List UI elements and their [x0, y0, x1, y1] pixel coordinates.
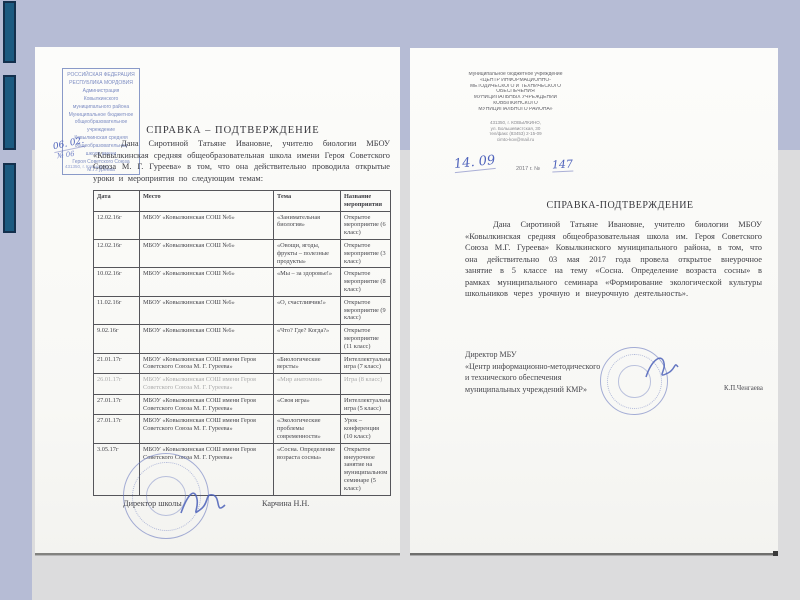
- table-cell: Открытое мероприятие (6 класс): [341, 211, 391, 239]
- signature-label: Директор школы: [123, 499, 182, 508]
- printed-date-label: 2017 г. №: [516, 166, 540, 172]
- table-cell: 12.02.16г: [94, 211, 140, 239]
- text-line: Муниципальное бюджетное: [63, 112, 139, 120]
- table-cell: Игра (8 класс): [341, 374, 391, 395]
- column-header: Дата: [94, 191, 140, 212]
- handwritten-date: 14. 09: [453, 153, 496, 173]
- table-cell: «Мир анатомии»: [274, 374, 341, 395]
- signature: [175, 485, 245, 521]
- text-line: МУНИЦИПАЛЬНОГО РАЙОНА»: [438, 107, 593, 113]
- table-row: 12.02.16гМБОУ «Ковылкинская СОШ №6»«Овощ…: [94, 239, 391, 267]
- column-header: Название мероприятия: [341, 191, 391, 212]
- accent-bar: [3, 1, 16, 63]
- document-title: СПРАВКА – ПОДТВЕРЖДЕНИЕ: [93, 125, 373, 136]
- table-cell: 12.02.16г: [94, 239, 140, 267]
- document-title: СПРАВКА-ПОДТВЕРЖДЕНИЕ: [470, 200, 770, 211]
- table-cell: МБОУ «Ковылкинская СОШ №6»: [140, 211, 274, 239]
- table-cell: 9.02.16г: [94, 325, 140, 353]
- table-cell: Открытое внеурочное занятие на муниципал…: [341, 443, 391, 495]
- table-cell: 27.01.17г: [94, 394, 140, 415]
- table-cell: Открытое мероприятие (8 класс): [341, 268, 391, 296]
- table-row: 26.01.17гМБОУ «Ковылкинская СОШ имени Ге…: [94, 374, 391, 395]
- signature: [638, 351, 684, 385]
- column-header: Тема: [274, 191, 341, 212]
- slide-background: РОССИЙСКАЯ ФЕДЕРАЦИЯРЕСПУБЛИКА МОРДОВИЯА…: [0, 0, 800, 600]
- accent-bar: [3, 75, 16, 150]
- table-cell: «О, счастливчик!»: [274, 296, 341, 324]
- table-cell: МБОУ «Ковылкинская СОШ №6»: [140, 268, 274, 296]
- table-cell: «Мы – за здоровье!»: [274, 268, 341, 296]
- table-cell: «Своя игра»: [274, 394, 341, 415]
- column-header: Место: [140, 191, 274, 212]
- table-cell: «Что? Где? Когда?»: [274, 325, 341, 353]
- text-line: РЕСПУБЛИКА МОРДОВИЯ: [63, 80, 139, 88]
- left-document: РОССИЙСКАЯ ФЕДЕРАЦИЯРЕСПУБЛИКА МОРДОВИЯА…: [35, 47, 400, 555]
- table-cell: МБОУ «Ковылкинская СОШ имени Героя Совет…: [140, 394, 274, 415]
- table-cell: «Биологические версты»: [274, 353, 341, 374]
- text-line: Ковылкинского: [63, 96, 139, 104]
- text-line: cimto-kov@mail.ru: [438, 137, 593, 143]
- table-cell: «Сосна. Определение возраста сосны»: [274, 443, 341, 495]
- table-row: 11.02.16гМБОУ «Ковылкинская СОШ №6»«О, с…: [94, 296, 391, 324]
- right-document: Муниципальное бюджетное учреждение«ЦЕНТР…: [410, 48, 778, 555]
- table-cell: Урок – конференция (10 класс): [341, 415, 391, 443]
- table-cell: МБОУ «Ковылкинская СОШ №6»: [140, 325, 274, 353]
- table-cell: МБОУ «Ковылкинская СОШ имени Героя Совет…: [140, 415, 274, 443]
- table-cell: 26.01.17г: [94, 374, 140, 395]
- registration-date-line: 14. 09 2017 г. № 147: [440, 153, 640, 179]
- table-row: 9.02.16гМБОУ «Ковылкинская СОШ №6»«Что? …: [94, 325, 391, 353]
- table-cell: МБОУ «Ковылкинская СОШ №6»: [140, 296, 274, 324]
- handwritten-number: 147: [552, 157, 574, 172]
- table-cell: «Экологические проблемы современности»: [274, 415, 341, 443]
- table-cell: МБОУ «Ковылкинская СОШ имени Героя Совет…: [140, 353, 274, 374]
- events-table: ДатаМестоТемаНазвание мероприятия12.02.1…: [93, 190, 391, 496]
- table-cell: «Овощи, ягоды, фрукты – полезные продукт…: [274, 239, 341, 267]
- table-cell: 21.01.17г: [94, 353, 140, 374]
- document-body: Дана Сиротиной Татьяне Ивановне, учителю…: [93, 138, 390, 184]
- table-cell: МБОУ «Ковылкинская СОШ №6»: [140, 239, 274, 267]
- table-row: 27.01.17гМБОУ «Ковылкинская СОШ имени Ге…: [94, 415, 391, 443]
- table-row: 21.01.17гМБОУ «Ковылкинская СОШ имени Ге…: [94, 353, 391, 374]
- signer-name: К.П.Ченгаева: [724, 385, 763, 392]
- table-cell: Открытое мероприятие (3 класс): [341, 239, 391, 267]
- table-cell: Интеллектуальная игра (5 класс): [341, 394, 391, 415]
- table-row: 27.01.17гМБОУ «Ковылкинская СОШ имени Ге…: [94, 394, 391, 415]
- signer-name: Карчина Н.Н.: [262, 499, 309, 508]
- document-body: Дана Сиротиной Татьяне Ивановне, учителю…: [465, 219, 762, 300]
- text-line: Администрация: [63, 88, 139, 96]
- table-row: 12.02.16гМБОУ «Ковылкинская СОШ №6»«Зани…: [94, 211, 391, 239]
- text-line: муниципального района: [63, 104, 139, 112]
- organization-header: Муниципальное бюджетное учреждение«ЦЕНТР…: [438, 72, 593, 113]
- table-header-row: ДатаМестоТемаНазвание мероприятия: [94, 191, 391, 212]
- table-cell: Открытое мероприятие (11 класс): [341, 325, 391, 353]
- table-cell: МБОУ «Ковылкинская СОШ имени Героя Совет…: [140, 374, 274, 395]
- organization-address: 431350, г. КОВЫЛКИНО,ул. Большевистская,…: [438, 120, 593, 142]
- scan-corner-mark: [773, 551, 778, 556]
- table-cell: 27.01.17г: [94, 415, 140, 443]
- table-row: 10.02.16гМБОУ «Ковылкинская СОШ №6»«Мы –…: [94, 268, 391, 296]
- table-cell: 11.02.16г: [94, 296, 140, 324]
- table-cell: Открытое мероприятие (9 класс): [341, 296, 391, 324]
- table-cell: Интеллектуальная игра (7 класс): [341, 353, 391, 374]
- table-cell: 10.02.16г: [94, 268, 140, 296]
- table-cell: «Занимательная биология»: [274, 211, 341, 239]
- text-line: РОССИЙСКАЯ ФЕДЕРАЦИЯ: [63, 72, 139, 80]
- accent-bar: [3, 163, 16, 233]
